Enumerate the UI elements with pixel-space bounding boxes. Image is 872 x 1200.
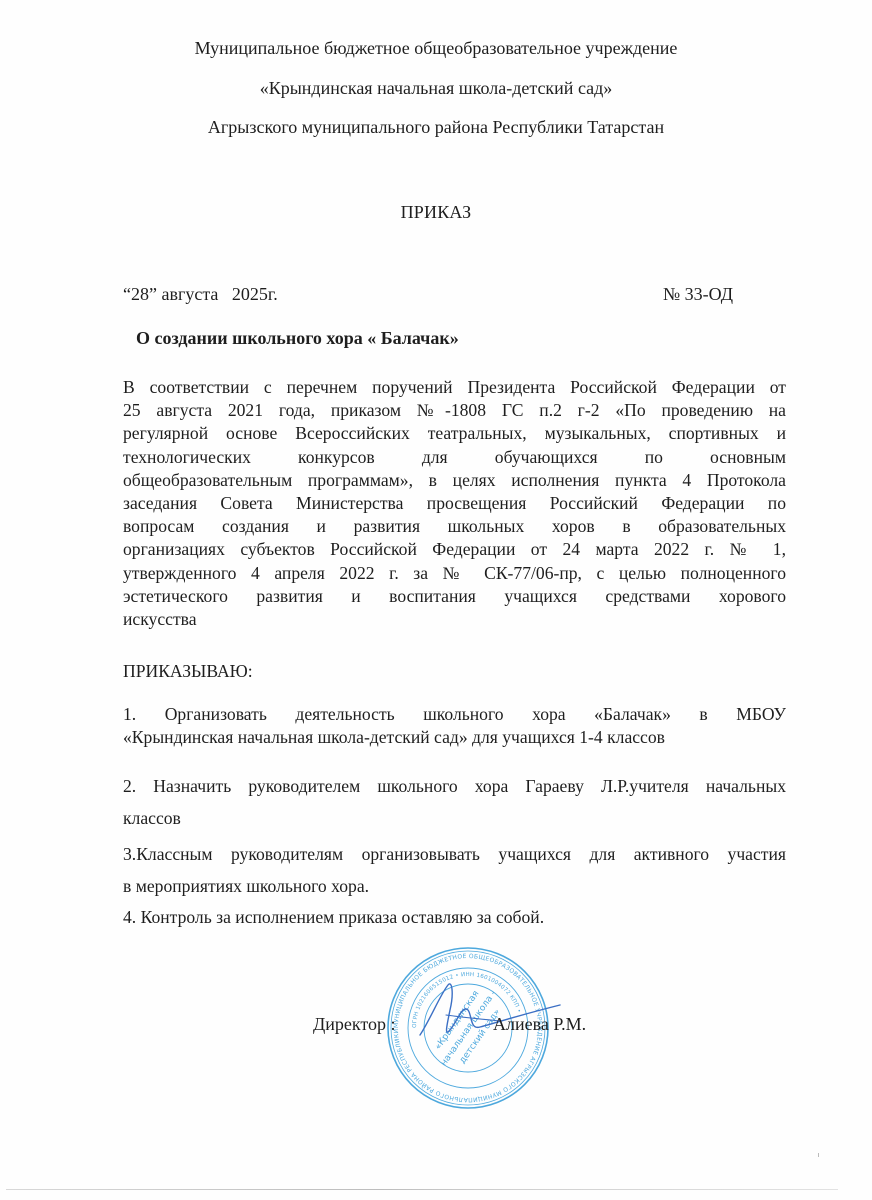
order-item-line: 1. Организовать деятельность школьного х… — [123, 703, 786, 726]
order-number: № 33-ОД — [663, 283, 733, 305]
preamble-line: технологических конкурсов для обучающихс… — [123, 446, 786, 469]
institution-header-line-3: Агрызского муниципального района Республ… — [0, 116, 872, 138]
order-item-line: в мероприятиях школьного хора. — [123, 870, 786, 902]
document-page: Муниципальное бюджетное общеобразователь… — [0, 0, 872, 1200]
preamble-line: вопросам создания и развития школьных хо… — [123, 515, 786, 538]
order-item-line: 2. Назначить руководителем школьного хор… — [123, 770, 786, 802]
institution-header-line-1: Муниципальное бюджетное общеобразователь… — [0, 37, 872, 59]
preamble-line: искусства — [123, 608, 786, 631]
order-subject: О создании школьного хора « Балачак» — [136, 327, 459, 349]
order-item-line: классов — [123, 802, 786, 834]
preamble-paragraph: В соответствии с перечнем поручений През… — [123, 376, 786, 631]
preamble-line: утвержденного 4 апреля 2022 г. за № СК-7… — [123, 562, 786, 585]
preamble-line: регулярной основе Всероссийских театраль… — [123, 422, 786, 445]
preamble-line: общеобразовательным программам», в целях… — [123, 469, 786, 492]
preamble-line: В соответствии с перечнем поручений През… — [123, 376, 786, 399]
directive-heading: ПРИКАЗЫВАЮ: — [123, 660, 253, 682]
order-item-1: 1. Организовать деятельность школьного х… — [123, 703, 786, 749]
institution-header-line-2: «Крындинская начальная школа-детский сад… — [0, 77, 872, 99]
preamble-line: эстетического развития и воспитания учащ… — [123, 585, 786, 608]
signatory-title: Директор : — [313, 1013, 396, 1035]
order-title: ПРИКАЗ — [0, 201, 872, 223]
scan-artifact — [818, 1153, 819, 1157]
order-item-line: «Крындинская начальная школа-детский сад… — [123, 726, 786, 749]
preamble-line: организациях субъектов Российской Федера… — [123, 538, 786, 561]
order-item-3: 3.Классным руководителям организовывать … — [123, 838, 786, 902]
order-item-4: 4. Контроль за исполнением приказа остав… — [123, 906, 786, 929]
order-item-2: 2. Назначить руководителем школьного хор… — [123, 770, 786, 834]
preamble-line: 25 августа 2021 года, приказом №-1808 ГС… — [123, 399, 786, 422]
signatory-name: Алиева Р.М. — [493, 1013, 586, 1035]
order-item-line: 3.Классным руководителям организовывать … — [123, 838, 786, 870]
preamble-line: заседания Совета Министерства просвещени… — [123, 492, 786, 515]
order-date: “28” августа 2025г. — [123, 283, 278, 305]
order-item-line: 4. Контроль за исполнением приказа остав… — [123, 906, 786, 929]
scan-edge-line — [6, 1189, 838, 1190]
